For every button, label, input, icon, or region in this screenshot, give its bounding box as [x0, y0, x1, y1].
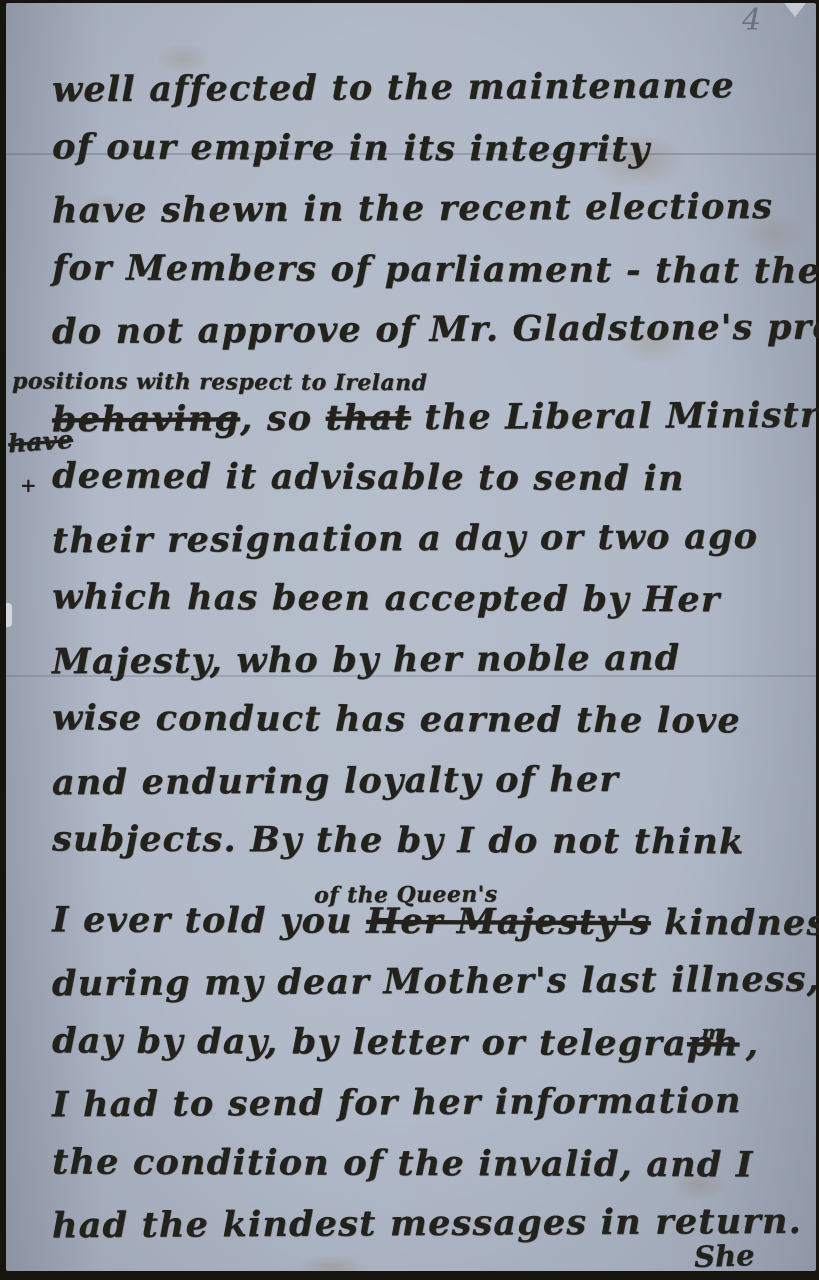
margin-deletion-note: have	[7, 425, 74, 458]
manuscript-line: of the Queen's	[314, 879, 802, 902]
torn-corner	[784, 3, 806, 17]
manuscript-line: well affected to the maintenance	[52, 65, 802, 130]
handwritten-text: well affected to the maintenance	[52, 65, 735, 110]
manuscript-line: positions with respect to Ireland	[12, 368, 802, 398]
manuscript-line: I had to send for her information	[52, 1080, 802, 1145]
struck-text: that	[325, 397, 411, 439]
manuscript-line: during my dear Mother's last illness,	[52, 959, 802, 1024]
worn-edge-chip	[6, 603, 12, 627]
superscript-correction: m	[701, 1020, 723, 1044]
handwritten-text: during my dear Mother's last illness,	[52, 959, 819, 1005]
manuscript-line: subjects. By the by I do not think	[52, 818, 802, 882]
handwritten-text: which has been accepted by Her	[52, 576, 721, 620]
handwritten-text: their resignation a day or two ago	[52, 515, 758, 560]
page-number: 4	[742, 3, 761, 38]
handwritten-text: wise conduct has earned the love	[52, 697, 741, 741]
scanned-letter-screenshot: { "page": { "number": "4", "paper_color"…	[0, 0, 819, 1280]
manuscript-line: Majesty, who by her noble and	[52, 636, 802, 701]
handwritten-text: have shewn in the recent elections	[52, 186, 773, 231]
manuscript-lines: well affected to the maintenanceof our e…	[52, 67, 802, 1264]
manuscript-line: which has been accepted by Her	[52, 576, 802, 640]
manuscript-line: deemed it advisable to send in	[52, 455, 802, 519]
handwritten-text: I had to send for her information	[52, 1080, 742, 1125]
manuscript-line: their resignation a day or two ago	[52, 515, 802, 580]
handwritten-text: do not approve of Mr. Gladstone's pro-	[52, 306, 819, 352]
handwritten-text: Majesty, who by her noble and	[52, 637, 681, 682]
manuscript-line: the condition of the invalid, and I	[52, 1141, 802, 1205]
handwritten-text: the condition of the invalid, and I	[52, 1141, 754, 1185]
handwritten-text: for Members of parliament - that they	[52, 247, 819, 291]
handwritten-text: subjects. By the by I do not think	[52, 818, 745, 862]
handwritten-text: had the kindest messages in return.	[52, 1201, 802, 1247]
catchword: She	[693, 1238, 755, 1274]
manuscript-line: and enduring loyalty of her	[52, 757, 802, 822]
manuscript-line: for Members of parliament - that they	[52, 247, 802, 311]
struck-text: behaving	[52, 398, 240, 440]
manuscript-line: of our empire in its integrity	[52, 126, 802, 190]
manuscript-line: I ever told you Her Majesty's kindness	[52, 899, 802, 963]
handwritten-text: , so	[240, 397, 326, 439]
handwritten-text: I ever told you	[52, 899, 366, 941]
handwritten-text: deemed it advisable to send in	[52, 455, 685, 499]
manuscript-line: have shewn in the recent elections	[52, 186, 802, 251]
handwritten-text: kindness	[651, 901, 819, 943]
manuscript-line: wise conduct has earned the love	[52, 697, 802, 761]
handwritten-text: day by day, by letter or telegra	[52, 1020, 687, 1064]
handwritten-text: ,	[746, 1023, 760, 1064]
letter-page: 4 well affected to the maintenanceof our…	[6, 3, 816, 1271]
handwritten-text: the Liberal Ministry,	[411, 394, 819, 438]
manuscript-line: behaving, so that the Liberal Ministry,	[52, 394, 802, 459]
manuscript-line: had the kindest messages in return.	[52, 1201, 802, 1266]
manuscript-line: day by day, by letter or telegraphm,	[52, 1020, 802, 1084]
margin-insertion-mark: +	[20, 473, 37, 497]
handwritten-text: of our empire in its integrity	[52, 126, 650, 170]
handwritten-text: positions with respect to Ireland	[12, 368, 427, 396]
struck-text: Her Majesty's	[366, 900, 651, 942]
manuscript-line: do not approve of Mr. Gladstone's pro-	[52, 307, 802, 372]
handwritten-text: and enduring loyalty of her	[52, 758, 619, 802]
